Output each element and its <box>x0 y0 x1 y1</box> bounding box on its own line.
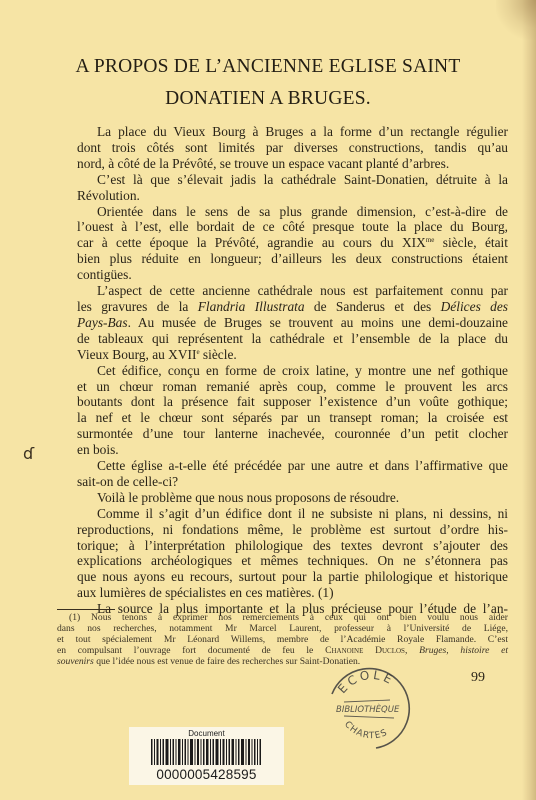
footnote-line: en compulsant l’ouvrage fort documenté d… <box>57 645 508 656</box>
text-line: C’est là que s’élevait jadis la cathédra… <box>57 172 508 188</box>
text-line: surmontée d’une tour lanterne inachevée,… <box>57 426 508 442</box>
title-line-1: A PROPOS DE L’ANCIENNE EGLISE SAINT <box>0 51 536 83</box>
text-line: en bois. <box>57 442 508 458</box>
document-page: A PROPOS DE L’ANCIENNE EGLISE SAINT DONA… <box>0 0 536 800</box>
svg-text:ECOLE: ECOLE <box>335 668 397 697</box>
footnote-line: dans nos recherches, notamment Mr Marcel… <box>57 623 508 634</box>
italic-title: Délices des <box>441 299 508 314</box>
text-line: La place du Vieux Bourg à Bruges a la fo… <box>57 124 508 140</box>
text-line: aux lumières de spécialistes en ces mati… <box>57 585 508 601</box>
paragraph: C’est là que s’élevait jadis la cathédra… <box>57 172 508 204</box>
text-line: Orientée dans le sens de sa plus grande … <box>57 204 508 220</box>
barcode-caption: Document <box>129 729 284 738</box>
paragraph: Voilà le problème que nous nous proposon… <box>57 490 508 506</box>
page-corner-stain <box>496 0 536 40</box>
text-line: sait-on de celle-ci? <box>57 474 508 490</box>
text-fragment: de Sanderus et des <box>305 299 441 314</box>
paragraph: Comme il s’agit d’un édifice dont il ne … <box>57 506 508 601</box>
stamp-middle-text: BIBLIOTHÈQUE <box>336 703 400 715</box>
text-line: dont trois côtés sont limités par divers… <box>57 140 508 156</box>
svg-text:CHARTES: CHARTES <box>342 720 389 742</box>
barcode-icon <box>151 739 261 765</box>
text-line: reproductions, ni fondations même, le pr… <box>57 522 508 538</box>
text-line: de tableaux qui représentent la cathédra… <box>57 331 508 347</box>
italic-title: souvenirs <box>57 656 94 667</box>
margin-annotation-mark: ɗ <box>23 444 34 463</box>
text-fragment: Vieux Bourg, au XVII <box>77 347 196 362</box>
article-body: La place du Vieux Bourg à Bruges a la fo… <box>57 124 508 617</box>
paragraph: La place du Vieux Bourg à Bruges a la fo… <box>57 124 508 172</box>
page-edge-stain <box>522 0 536 800</box>
italic-title: Pays-Bas <box>77 315 128 330</box>
stamp-bottom-text: CHARTES <box>342 720 389 742</box>
text-fragment: les gravures de la <box>77 299 198 314</box>
text-line: Voilà le problème que nous nous proposon… <box>57 490 508 506</box>
text-line: Comme il s’agit d’un édifice dont il ne … <box>57 506 508 522</box>
footnote-line: et tout spécialement Mr Léonard Willems,… <box>57 634 508 645</box>
text-fragment: siècle, était <box>434 235 508 250</box>
page-number: 99 <box>471 670 485 686</box>
article-title: A PROPOS DE L’ANCIENNE EGLISE SAINT DONA… <box>0 51 536 115</box>
text-fragment: en compulsant l’ouvrage fort documenté d… <box>57 645 325 656</box>
text-line: contigües. <box>57 267 508 283</box>
footnote-line: (1) Nous tenons à exprimer nos remerciem… <box>57 612 508 623</box>
paragraph: L’aspect de cette ancienne cathédrale no… <box>57 283 508 363</box>
text-line: torique; à l’interprétation philologique… <box>57 538 508 554</box>
text-line: la nef et le chœur sont séparés par un t… <box>57 410 508 426</box>
library-stamp-icon: ECOLE BIBLIOTHÈQUE CHARTES <box>326 662 416 752</box>
text-line: explications archéologiques et mêmes tec… <box>57 553 508 569</box>
barcode-label: Document <box>129 727 284 765</box>
text-line: boutants dont la présence fait supposer … <box>57 394 508 410</box>
text-line: car à cette époque la Prévôté, agrandie … <box>57 235 508 251</box>
text-line: que nous ayons eu recours, surtout pour … <box>57 569 508 585</box>
paragraph: Orientée dans le sens de sa plus grande … <box>57 204 508 284</box>
text-line: nord, à côté de la Prévôté, se trouve un… <box>57 156 508 172</box>
title-line-2: DONATIEN A BRUGES. <box>0 83 536 115</box>
text-line: l’ouest à l’est, elle bordait de ce côté… <box>57 219 508 235</box>
stamp-top-text: ECOLE <box>335 668 397 697</box>
text-fragment: car à cette époque la Prévôté, agrandie … <box>77 235 426 250</box>
text-line: L’aspect de cette ancienne cathédrale no… <box>57 283 508 299</box>
text-line: et un chœur roman remanié après coup, co… <box>57 379 508 395</box>
paragraph: Cet édifice, conçu en forme de croix lat… <box>57 363 508 458</box>
italic-title: Bruges, histoire et <box>419 645 508 656</box>
text-line: Cette église a-t-elle été précédée par u… <box>57 458 508 474</box>
text-line: Pays-Bas. Au musée de Bruges se trouvent… <box>57 315 508 331</box>
footnote-line: souvenirs que l’idée nous est venue de f… <box>57 656 508 667</box>
author-name: Chanoine Duclos <box>325 645 405 656</box>
text-fragment: , <box>405 645 419 656</box>
footnote: (1) Nous tenons à exprimer nos remerciem… <box>57 612 508 667</box>
paragraph: Cette église a-t-elle été précédée par u… <box>57 458 508 490</box>
text-line: Révolution. <box>57 188 508 204</box>
barcode-number-box: 0000005428595 <box>129 765 284 785</box>
footnote-separator <box>57 609 115 610</box>
text-fragment: que l’idée nous est venue de faire des r… <box>96 656 360 667</box>
text-line: les gravures de la Flandria Illustrata d… <box>57 299 508 315</box>
text-fragment: siècle. <box>200 347 237 362</box>
text-fragment: . Au musée de Bruges se trouvent au moin… <box>128 315 508 330</box>
italic-title: Flandria Illustrata <box>198 299 305 314</box>
text-line: Vieux Bourg, au XVIIe siècle. <box>57 347 508 363</box>
text-line: bien plus réduite en longueur; d’ailleur… <box>57 251 508 267</box>
barcode-number: 0000005428595 <box>129 767 284 782</box>
text-line: Cet édifice, conçu en forme de croix lat… <box>57 363 508 379</box>
